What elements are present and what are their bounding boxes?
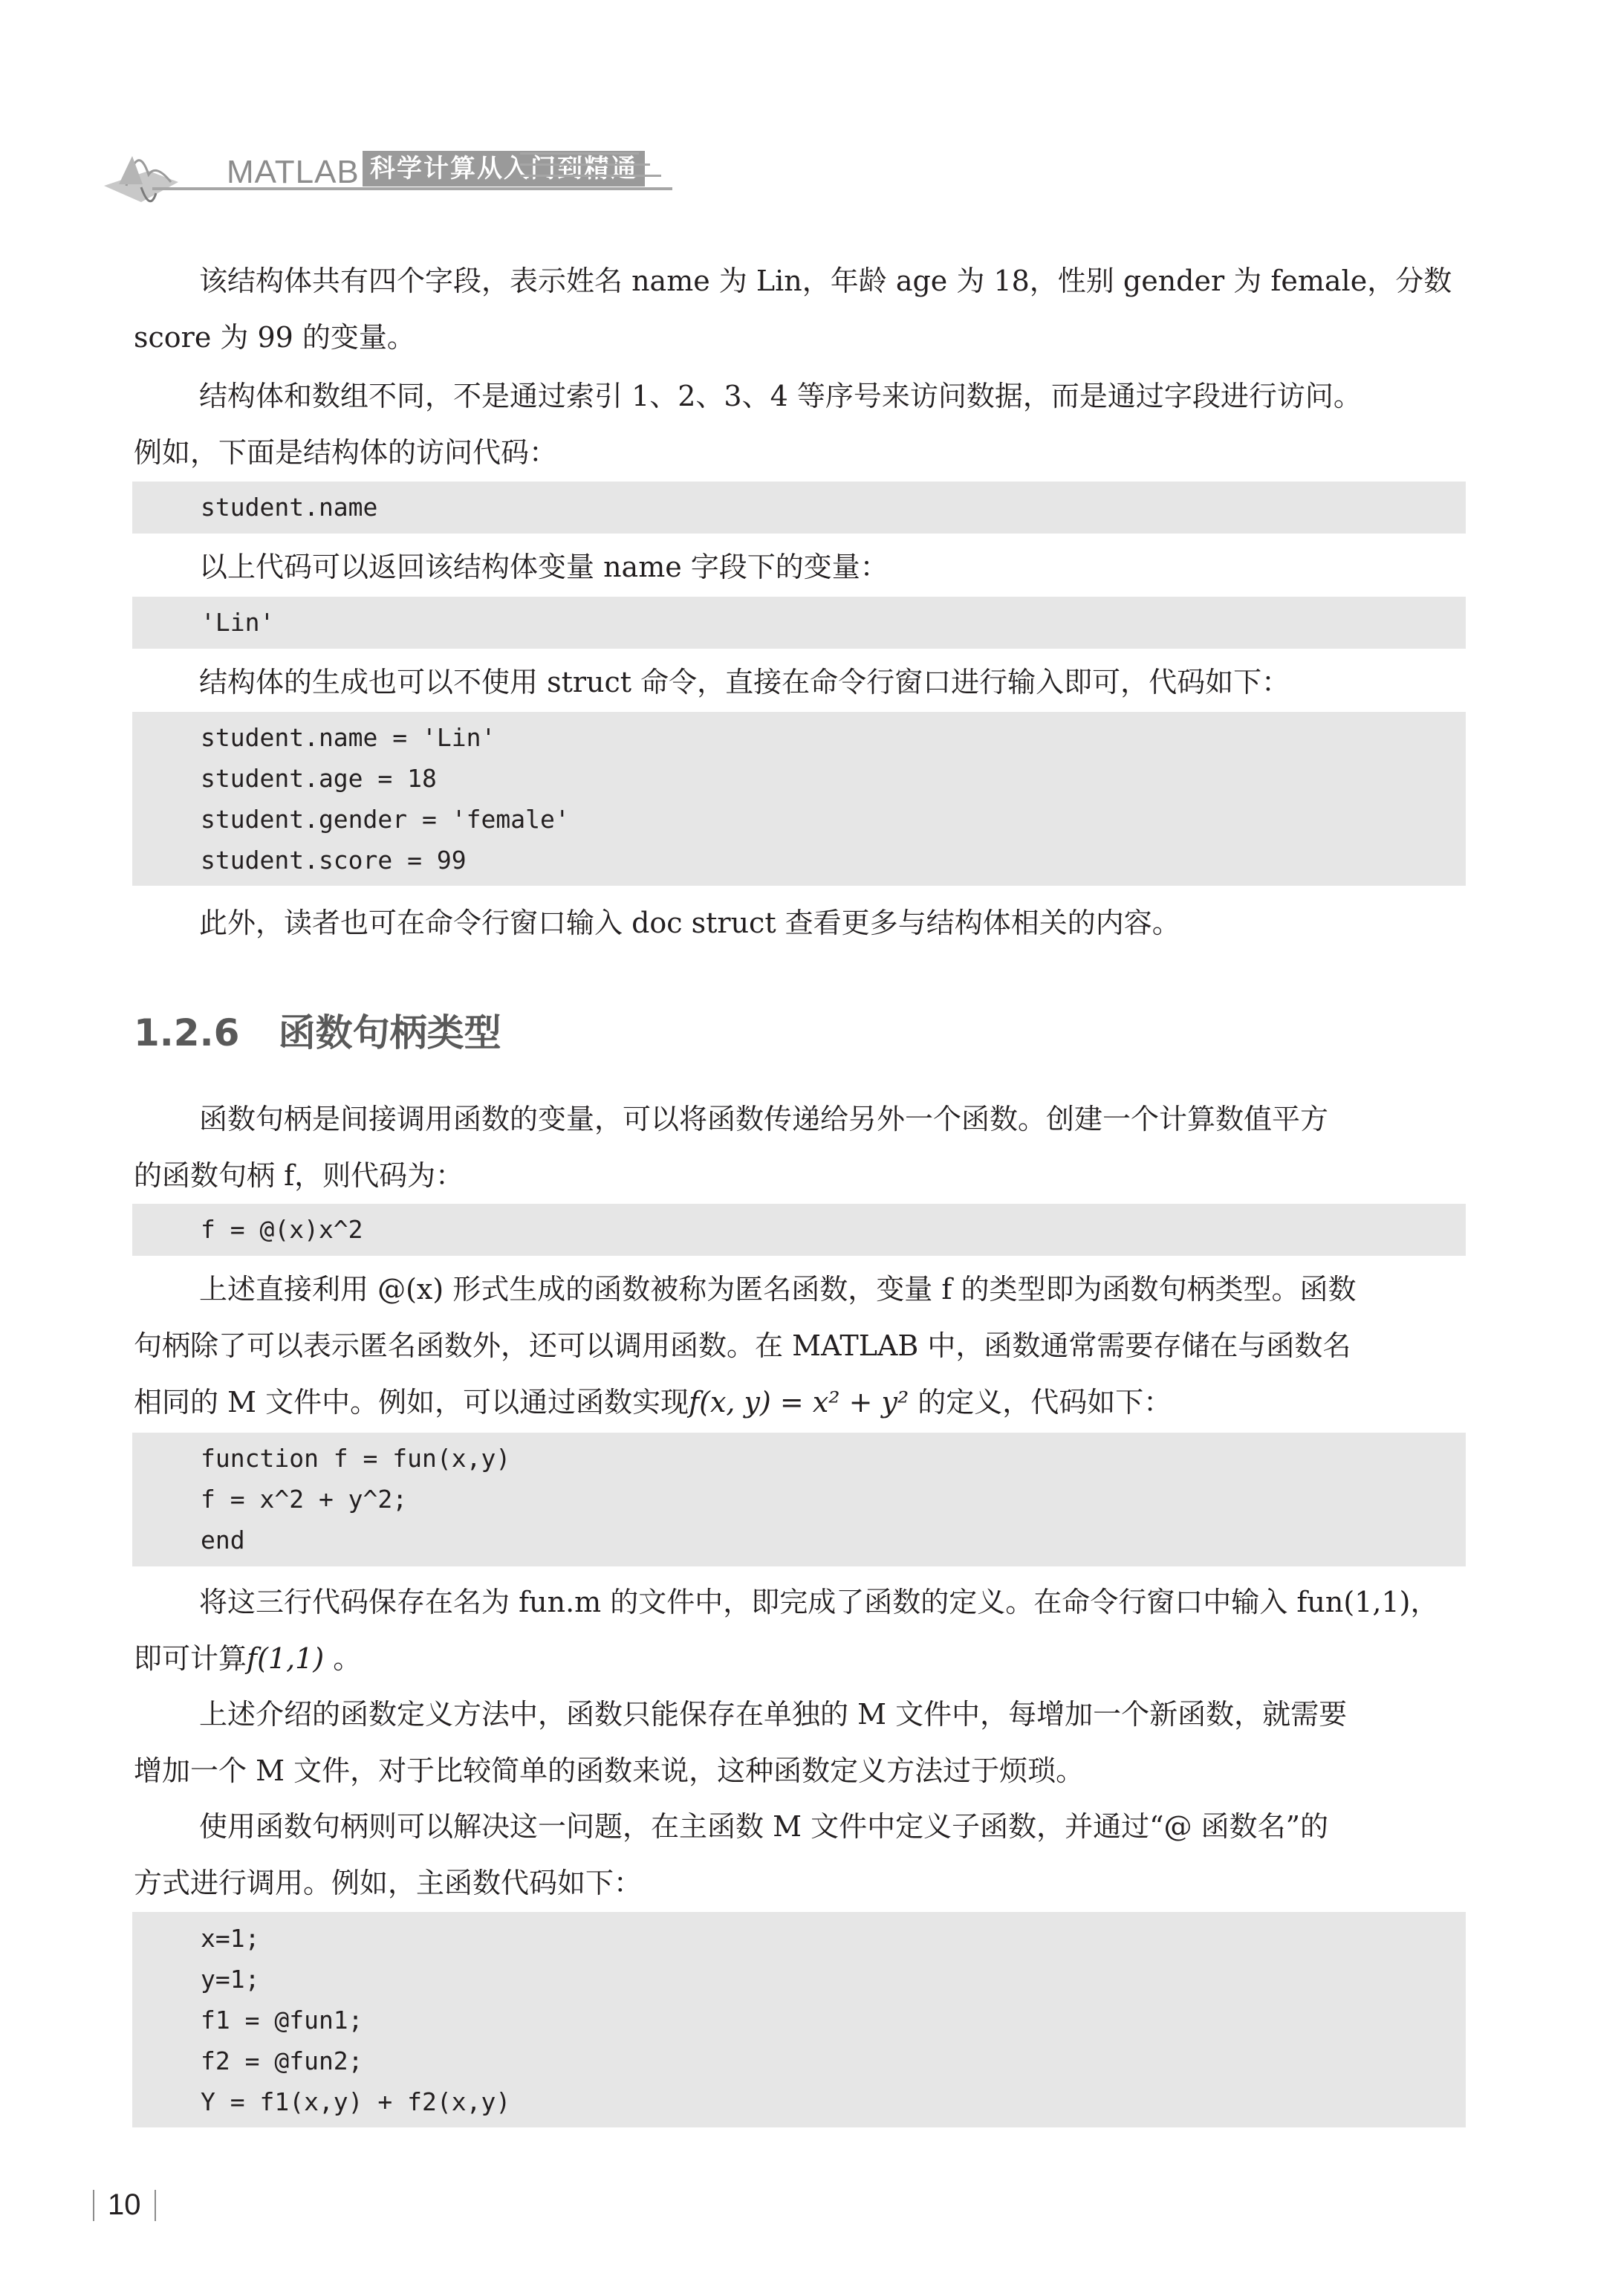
text-line: 使用函数句柄则可以解决这一问题，在主函数 M 文件中定义子函数，并通过“@ 函数… [199, 1798, 1556, 1855]
text-line: score 为 99 的变量。 [134, 309, 1556, 366]
paragraph: 结构体的生成也可以不使用 struct 命令，直接在命令行窗口进行输入即可，代码… [134, 654, 1556, 710]
text-line: 句柄除了可以表示匿名函数外，还可以调用函数。在 MATLAB 中，函数通常需要存… [134, 1317, 1556, 1374]
header-rule [520, 175, 661, 177]
header-brand-cn: 科学计算从入门到精通 [363, 151, 645, 187]
header-rule [520, 152, 639, 155]
section-heading: 1.2.6 函数句柄类型 [134, 1003, 501, 1057]
text-line: 例如，下面是结构体的访问代码： [134, 424, 1556, 481]
paragraph: 以上代码可以返回该结构体变量 name 字段下的变量： [134, 539, 1556, 595]
code-line: student.score = 99 [132, 840, 1466, 881]
text-line: 此外，读者也可在命令行窗口输入 doc struct 查看更多与结构体相关的内容… [199, 895, 1556, 951]
paragraph: 上述直接利用 @(x) 形式生成的函数被称为匿名函数，变量 f 的类型即为函数句… [134, 1261, 1556, 1430]
text-line: 结构体和数组不同，不是通过索引 1、2、3、4 等序号来访问数据，而是通过字段进… [199, 368, 1556, 424]
code-block: x=1; y=1; f1 = @fun1; f2 = @fun2; Y = f1… [132, 1912, 1466, 2127]
math-formula: f(x, y) = x² + y² [689, 1386, 909, 1419]
paragraph: 该结构体共有四个字段，表示姓名 name 为 Lin，年龄 age 为 18，性… [134, 253, 1556, 366]
code-line: student.name [132, 487, 1466, 528]
code-block: 'Lin' [132, 597, 1466, 649]
code-line: f = @(x)x^2 [132, 1209, 1466, 1250]
text-line: 上述介绍的函数定义方法中，函数只能保存在单独的 M 文件中，每增加一个新函数，就… [199, 1686, 1556, 1743]
code-line: end [132, 1520, 1466, 1560]
text-line: 相同的 M 文件中。例如，可以通过函数实现f(x, y) = x² + y² 的… [134, 1374, 1556, 1430]
code-line: f1 = @fun1; [132, 2000, 1466, 2040]
code-block: student.name = 'Lin' student.age = 18 st… [132, 712, 1466, 886]
code-line: f = x^2 + y^2; [132, 1479, 1466, 1520]
math-formula: f(1,1) [247, 1642, 324, 1675]
page-number-footer: 10 [93, 2188, 169, 2222]
code-line: function f = fun(x,y) [132, 1438, 1466, 1479]
text-line: 增加一个 M 文件，对于比较简单的函数来说，这种函数定义方法过于烦琐。 [134, 1743, 1556, 1799]
text-line: 结构体的生成也可以不使用 struct 命令，直接在命令行窗口进行输入即可，代码… [199, 654, 1556, 710]
page-number: 10 [108, 2188, 141, 2222]
paragraph: 将这三行代码保存在名为 fun.m 的文件中，即完成了函数的定义。在命令行窗口中… [134, 1574, 1556, 1687]
paragraph: 函数句柄是间接调用函数的变量，可以将函数传递给另外一个函数。创建一个计算数值平方… [134, 1091, 1556, 1204]
text-line: 即可计算f(1,1) 。 [134, 1630, 1556, 1687]
text-line: 将这三行代码保存在名为 fun.m 的文件中，即完成了函数的定义。在命令行窗口中… [199, 1574, 1556, 1630]
text-line: 函数句柄是间接调用函数的变量，可以将函数传递给另外一个函数。创建一个计算数值平方 [199, 1091, 1556, 1147]
running-header: MATLAB 科学计算从入门到精通 [89, 137, 698, 212]
section-number: 1.2.6 [134, 1011, 239, 1054]
text-line: 方式进行调用。例如，主函数代码如下： [134, 1855, 1556, 1911]
code-line: student.name = 'Lin' [132, 717, 1466, 758]
text-segment: 。 [324, 1642, 361, 1675]
text-segment: 相同的 M 文件中。例如，可以通过函数实现 [134, 1386, 689, 1419]
header-brand-en: MATLAB [227, 154, 360, 191]
text-segment: 即可计算 [134, 1642, 247, 1675]
code-block: function f = fun(x,y) f = x^2 + y^2; end [132, 1433, 1466, 1566]
text-line: 以上代码可以返回该结构体变量 name 字段下的变量： [199, 539, 1556, 595]
paragraph: 使用函数句柄则可以解决这一问题，在主函数 M 文件中定义子函数，并通过“@ 函数… [134, 1798, 1556, 1911]
paragraph: 结构体和数组不同，不是通过索引 1、2、3、4 等序号来访问数据，而是通过字段进… [134, 368, 1556, 481]
text-segment: 的定义，代码如下： [909, 1386, 1172, 1419]
text-line: 的函数句柄 f，则代码为： [134, 1147, 1556, 1204]
divider [155, 2190, 156, 2221]
code-line: f2 = @fun2; [132, 2040, 1466, 2081]
text-line: 上述直接利用 @(x) 形式生成的函数被称为匿名函数，变量 f 的类型即为函数句… [199, 1261, 1556, 1317]
paragraph: 此外，读者也可在命令行窗口输入 doc struct 查看更多与结构体相关的内容… [134, 895, 1556, 951]
text-line: 该结构体共有四个字段，表示姓名 name 为 Lin，年龄 age 为 18，性… [199, 253, 1556, 309]
code-line: y=1; [132, 1959, 1466, 2000]
divider [93, 2190, 94, 2221]
header-rule [520, 163, 650, 166]
code-block: f = @(x)x^2 [132, 1204, 1466, 1256]
code-block: student.name [132, 482, 1466, 534]
code-line: x=1; [132, 1918, 1466, 1959]
code-line: student.gender = 'female' [132, 799, 1466, 840]
header-rule [152, 187, 672, 190]
surface-plot-logo-icon [97, 141, 230, 208]
code-line: student.age = 18 [132, 758, 1466, 799]
paragraph: 上述介绍的函数定义方法中，函数只能保存在单独的 M 文件中，每增加一个新函数，就… [134, 1686, 1556, 1799]
code-line: Y = f1(x,y) + f2(x,y) [132, 2081, 1466, 2122]
section-title: 函数句柄类型 [279, 1011, 501, 1054]
code-line: 'Lin' [132, 602, 1466, 643]
